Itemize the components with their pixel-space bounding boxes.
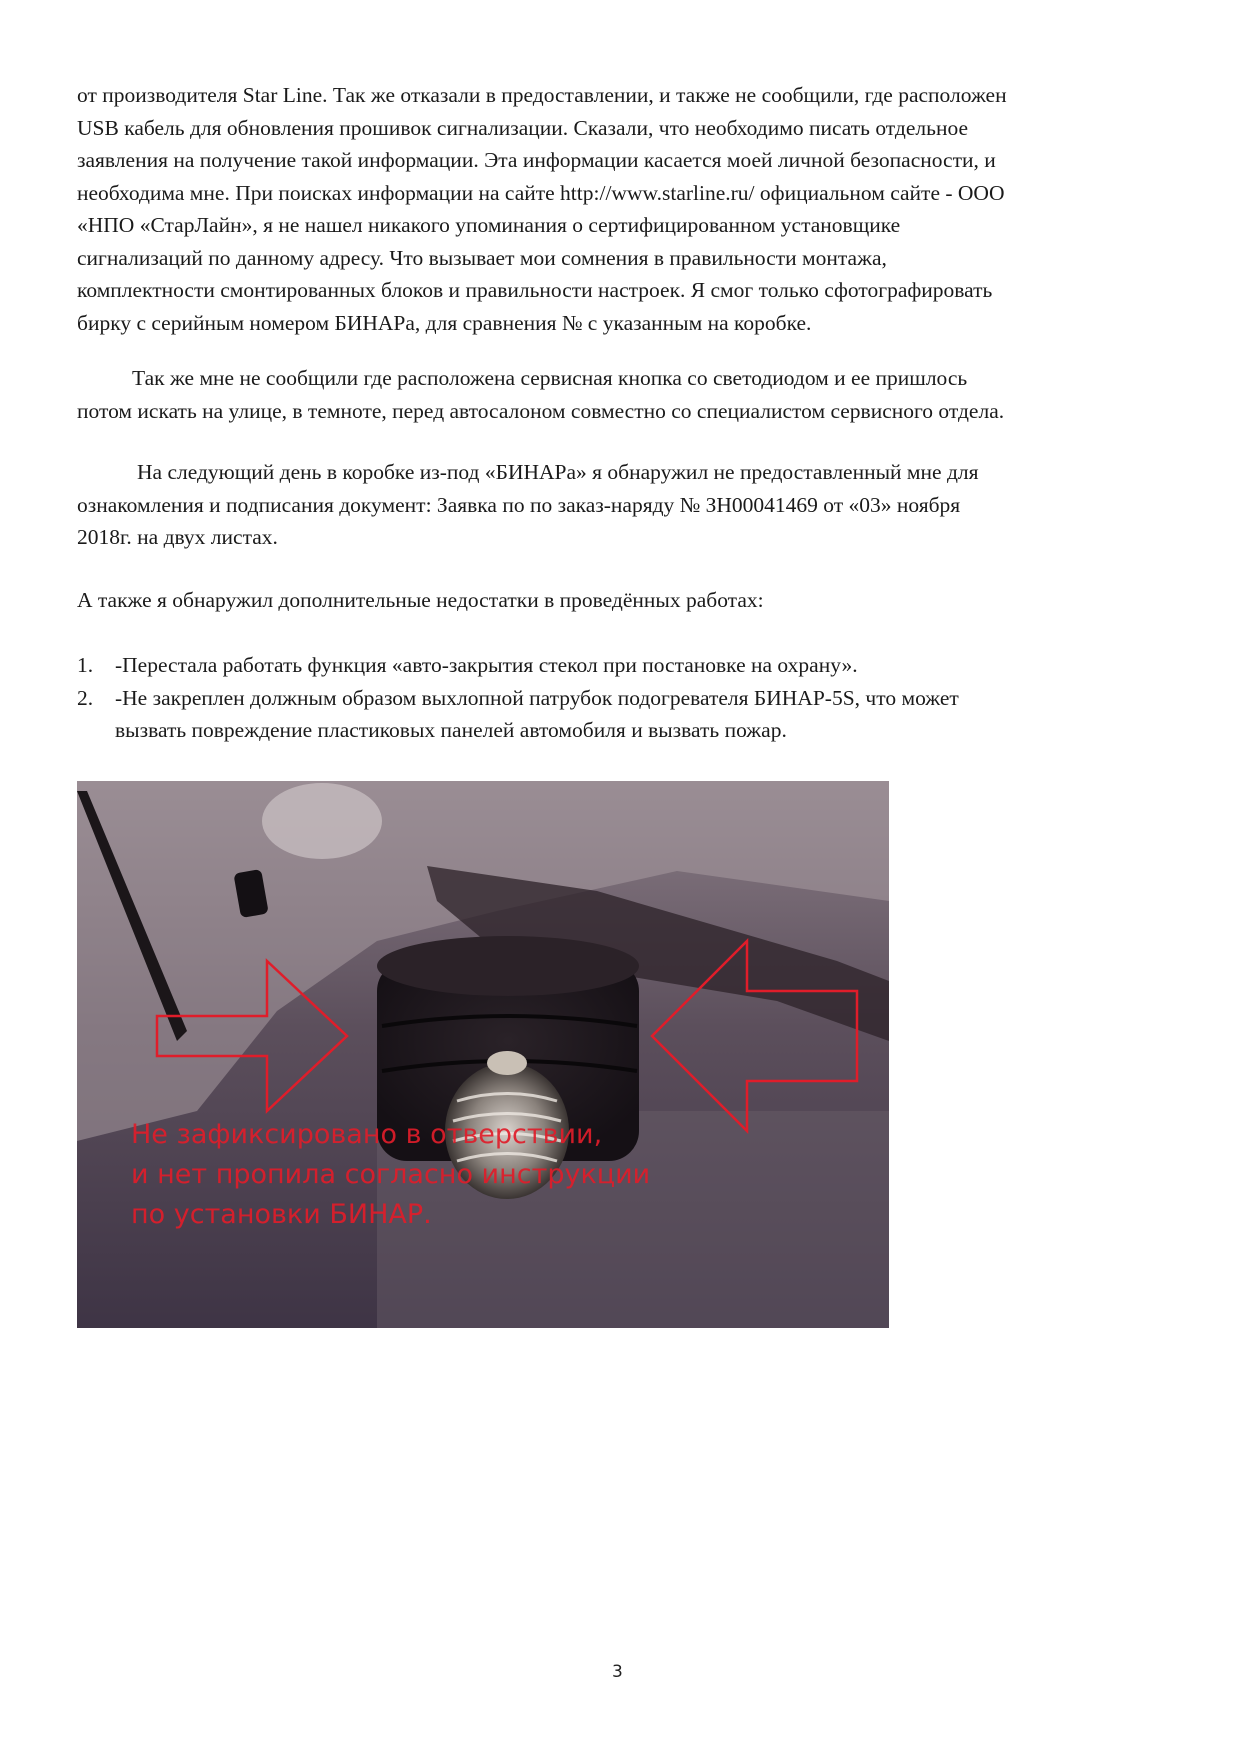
text-line: Так же мне не сообщили где расположена с… <box>77 362 1167 395</box>
exhaust-pipe-photo: Не зафиксировано в отверствии, и нет про… <box>77 781 889 1328</box>
text-line: от производителя Star Line. Так же отказ… <box>77 79 1167 112</box>
list-number: 1. <box>77 649 93 682</box>
caption-line: Не зафиксировано в отверствии, <box>131 1115 650 1155</box>
list-item: 2. -Не закреплен должным образом выхлопн… <box>77 682 959 747</box>
text-line: сигнализаций по данному адресу. Что вызы… <box>77 242 1167 275</box>
paragraph-service-button: Так же мне не сообщили где расположена с… <box>77 362 1167 427</box>
paragraph-next-day-document: На следующий день в коробке из-под «БИНА… <box>77 456 1167 554</box>
list-number: 2. <box>77 682 93 715</box>
caption-line: и нет пропила согласно инструкции <box>131 1155 650 1195</box>
paragraph-starline-info: от производителя Star Line. Так же отказ… <box>77 79 1167 339</box>
text-line: вызвать повреждение пластиковых панелей … <box>115 714 959 747</box>
caption-line: по установки БИНАР. <box>131 1195 650 1235</box>
text-line: -Не закреплен должным образом выхлопной … <box>115 682 959 715</box>
text-line: А также я обнаружил дополнительные недос… <box>77 584 1167 617</box>
defects-list: 1. -Перестала работать функция «авто-зак… <box>77 649 959 747</box>
text-line: ознакомления и подписания документ: Заяв… <box>77 489 1167 522</box>
list-item: 1. -Перестала работать функция «авто-зак… <box>77 649 959 682</box>
text-line: 2018г. на двух листах. <box>77 521 1167 554</box>
text-line: USB кабель для обновления прошивок сигна… <box>77 112 1167 145</box>
photo-caption: Не зафиксировано в отверствии, и нет про… <box>131 1115 650 1235</box>
text-line: заявления на получение такой информации.… <box>77 144 1167 177</box>
text-line: На следующий день в коробке из-под «БИНА… <box>77 456 1167 489</box>
text-line: «НПО «СтарЛайн», я не нашел никакого упо… <box>77 209 1167 242</box>
text-line: комплектности смонтированных блоков и пр… <box>77 274 1167 307</box>
text-line: -Перестала работать функция «авто-закрыт… <box>115 649 959 682</box>
text-line: бирку с серийным номером БИНАРа, для сра… <box>77 307 1167 340</box>
text-line: потом искать на улице, в темноте, перед … <box>77 395 1167 428</box>
photo-illustration <box>77 781 889 1328</box>
paragraph-additional-defects: А также я обнаружил дополнительные недос… <box>77 584 1167 617</box>
page-number: 3 <box>612 1662 623 1682</box>
text-line: необходима мне. При поисках информации н… <box>77 177 1167 210</box>
